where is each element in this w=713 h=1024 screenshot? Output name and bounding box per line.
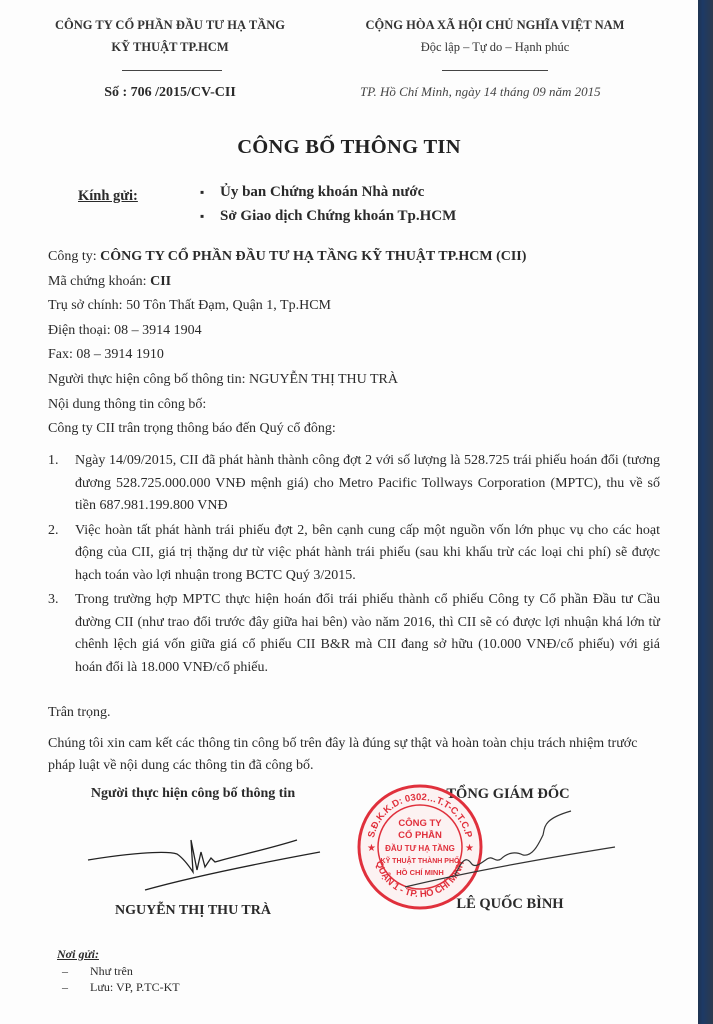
addressee-item: Sở Giao dịch Chứng khoán Tp.HCM (200, 204, 456, 228)
company-name-line1: CÔNG TY CỔ PHẦN ĐẦU TƯ HẠ TẦNG (40, 14, 300, 36)
document-number: Số : 706 /2015/CV-CII (40, 85, 300, 101)
left-signature-icon (85, 812, 325, 892)
headquarters: Trụ sở chính: 50 Tôn Thất Đạm, Quận 1, T… (48, 294, 678, 319)
closing: Trân trọng. (48, 705, 111, 721)
company-info: Công ty: CÔNG TY CỔ PHẦN ĐẦU TƯ HẠ TẦNG … (48, 245, 678, 442)
item-number: 3. (48, 589, 59, 612)
place-date: TP. Hồ Chí Minh, ngày 14 tháng 09 năm 20… (360, 84, 660, 100)
phone: Điện thoại: 08 – 3914 1904 (48, 319, 678, 344)
document-page: CÔNG TY CỔ PHẦN ĐẦU TƯ HẠ TẦNG KỸ THUẬT … (0, 0, 698, 1024)
announcement-item: 1.Ngày 14/09/2015, CII đã phát hành thàn… (48, 450, 660, 518)
item-number: 2. (48, 520, 59, 543)
company-name-line2: KỸ THUẬT TP.HCM (40, 36, 300, 58)
header-left-divider (122, 70, 222, 71)
announcement-list: 1.Ngày 14/09/2015, CII đã phát hành thàn… (48, 450, 660, 681)
background-edge (698, 0, 713, 1024)
intro: Công ty CII trân trọng thông báo đến Quý… (48, 417, 678, 442)
national-header: CỘNG HÒA XÃ HỘI CHỦ NGHĨA VIỆT NAM Độc l… (345, 14, 645, 58)
item-text: Trong trường hợp MPTC thực hiện hoán đổi… (75, 592, 660, 675)
svg-text:★: ★ (367, 843, 376, 854)
discloser: Người thực hiện công bố thông tin: NGUYỄ… (48, 368, 678, 393)
item-number: 1. (48, 450, 59, 473)
commitment: Chúng tôi xin cam kết các thông tin công… (48, 733, 660, 777)
addressee-list: Ủy ban Chứng khoán Nhà nước Sở Giao dịch… (200, 180, 456, 228)
fax: Fax: 08 – 3914 1910 (48, 343, 678, 368)
item-text: Ngày 14/09/2015, CII đã phát hành thành … (75, 453, 660, 513)
item-text: Việc hoàn tất phát hành trái phiếu đợt 2… (75, 523, 660, 583)
announcement-item: 2.Việc hoàn tất phát hành trái phiếu đợt… (48, 520, 660, 588)
content-label: Nội dung thông tin công bố: (48, 393, 678, 418)
recipients-label: Nơi gửi: (57, 947, 99, 962)
document-title: CÔNG BỐ THÔNG TIN (0, 136, 698, 159)
company-label: Công ty: (48, 249, 100, 264)
addressee-item: Ủy ban Chứng khoán Nhà nước (200, 180, 456, 204)
right-signatory-name: LÊ QUỐC BÌNH (400, 896, 620, 913)
recipients-list: Như trên Lưu: VP, P.TC-KT (62, 963, 180, 995)
ticker-row: Mã chứng khoán: CII (48, 270, 678, 295)
recipient-item: Như trên (62, 963, 180, 979)
left-signatory-title: Người thực hiện công bố thông tin (48, 786, 338, 802)
header-right-divider (442, 70, 548, 71)
recipient-item: Lưu: VP, P.TC-KT (62, 979, 180, 995)
left-signatory-name: NGUYỄN THỊ THU TRÀ (48, 903, 338, 919)
nation-motto: Độc lập – Tự do – Hạnh phúc (345, 36, 645, 58)
ticker-value: CII (150, 274, 171, 289)
addressee-label: Kính gửi: (78, 188, 138, 205)
nation-title: CỘNG HÒA XÃ HỘI CHỦ NGHĨA VIỆT NAM (345, 14, 645, 36)
company-row: Công ty: CÔNG TY CỔ PHẦN ĐẦU TƯ HẠ TẦNG … (48, 245, 678, 270)
company-header: CÔNG TY CỔ PHẦN ĐẦU TƯ HẠ TẦNG KỸ THUẬT … (40, 14, 300, 58)
announcement-item: 3.Trong trường hợp MPTC thực hiện hoán đ… (48, 589, 660, 679)
ticker-label: Mã chứng khoán: (48, 274, 150, 289)
company-value: CÔNG TY CỔ PHẦN ĐẦU TƯ HẠ TẦNG KỸ THUẬT … (100, 249, 526, 264)
right-signature-icon (395, 805, 625, 890)
